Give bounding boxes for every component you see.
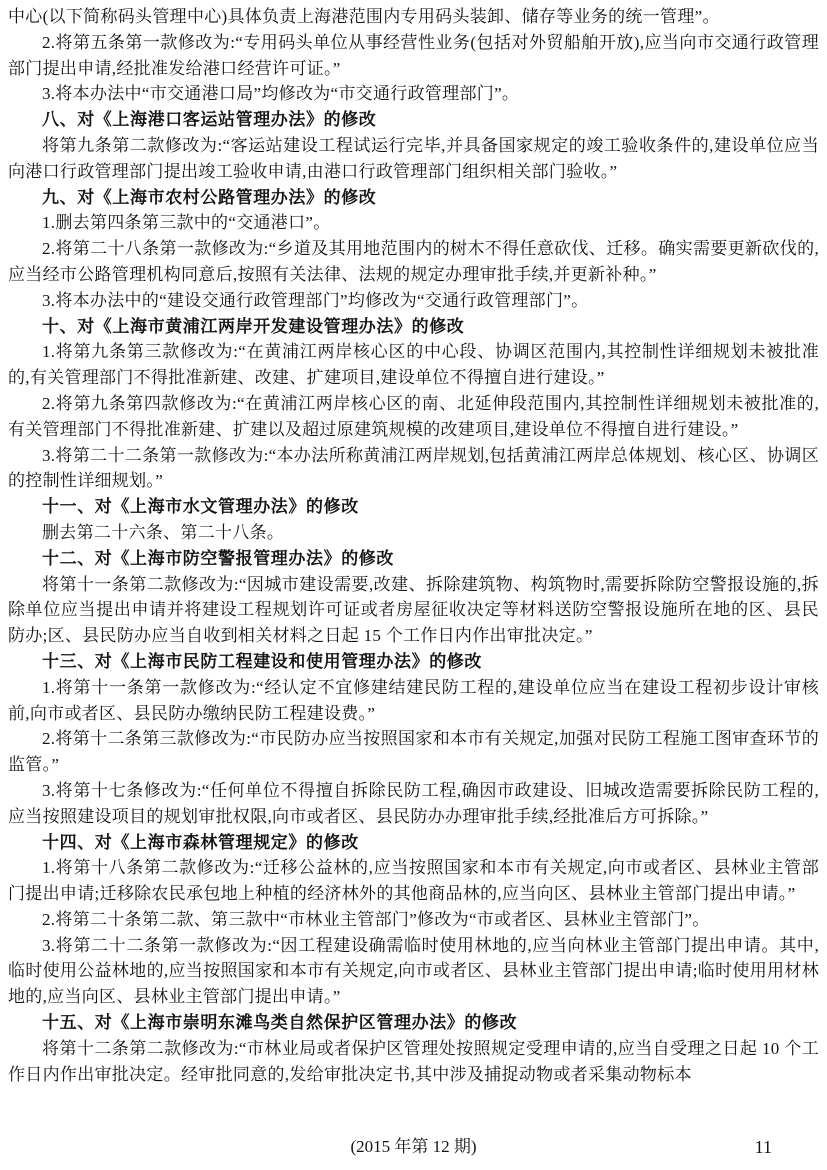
paragraph: 1.删去第四条第三款中的“交通港口”。: [8, 210, 819, 236]
paragraph: 3.将第二十二条第一款修改为:“因工程建设确需临时使用林地的,应当向林业主管部门…: [8, 933, 819, 1010]
section-heading: 十一、对《上海市水文管理办法》的修改: [8, 494, 819, 520]
footer-page-number: 11: [755, 1134, 772, 1160]
section-heading: 十五、对《上海市崇明东滩鸟类自然保护区管理办法》的修改: [8, 1010, 819, 1036]
section-heading: 十二、对《上海市防空警报管理办法》的修改: [8, 546, 819, 572]
paragraph: 将第十二条第二款修改为:“市林业局或者保护区管理处按照规定受理申请的,应当自受理…: [8, 1036, 819, 1088]
paragraph: 将第十一条第二款修改为:“因城市建设需要,改建、拆除建筑物、构筑物时,需要拆除防…: [8, 572, 819, 649]
paragraph: 删去第二十六条、第二十八条。: [8, 520, 819, 546]
paragraph: 3.将第十七条修改为:“任何单位不得擅自拆除民防工程,确因市政建设、旧城改造需要…: [8, 778, 819, 830]
paragraph: 1.将第九条第三款修改为:“在黄浦江两岸核心区的中心段、协调区范围内,其控制性详…: [8, 339, 819, 391]
paragraph: 2.将第九条第四款修改为:“在黄浦江两岸核心区的南、北延伸段范围内,其控制性详细…: [8, 391, 819, 443]
paragraph: 1.将第十八条第二款修改为:“迁移公益林的,应当按照国家和本市有关规定,向市或者…: [8, 855, 819, 907]
paragraph: 2.将第五条第一款修改为:“专用码头单位从事经营性业务(包括对外贸船舶开放),应…: [8, 30, 819, 82]
page-footer: (2015 年第 12 期) 11: [0, 1134, 827, 1160]
paragraph: 将第九条第二款修改为:“客运站建设工程试运行完毕,并具备国家规定的竣工验收条件的…: [8, 133, 819, 185]
paragraph: 3.将本办法中“市交通港口局”均修改为“市交通行政管理部门”。: [8, 81, 819, 107]
section-heading: 十四、对《上海市森林管理规定》的修改: [8, 830, 819, 856]
paragraph: 2.将第十二条第三款修改为:“市民防办应当按照国家和本市有关规定,加强对民防工程…: [8, 726, 819, 778]
section-heading: 九、对《上海市农村公路管理办法》的修改: [8, 185, 819, 211]
paragraph: 中心(以下简称码头管理中心)具体负责上海港范围内专用码头装卸、储存等业务的统一管…: [8, 4, 819, 30]
paragraph: 3.将本办法中的“建设交通行政管理部门”均修改为“交通行政管理部门”。: [8, 288, 819, 314]
paragraph: 2.将第二十八条第一款修改为:“乡道及其用地范围内的树木不得任意砍伐、迁移。确实…: [8, 236, 819, 288]
section-heading: 十、对《上海市黄浦江两岸开发建设管理办法》的修改: [8, 314, 819, 340]
paragraph: 2.将第二十条第二款、第三款中“市林业主管部门”修改为“市或者区、县林业主管部门…: [8, 907, 819, 933]
paragraph: 1.将第十一条第一款修改为:“经认定不宜修建结建民防工程的,建设单位应当在建设工…: [8, 675, 819, 727]
paragraph: 3.将第二十二条第一款修改为:“本办法所称黄浦江两岸规划,包括黄浦江两岸总体规划…: [8, 443, 819, 495]
document-page: 中心(以下简称码头管理中心)具体负责上海港范围内专用码头装卸、储存等业务的统一管…: [0, 0, 827, 1170]
footer-issue: (2015 年第 12 期): [350, 1134, 476, 1160]
section-heading: 八、对《上海港口客运站管理办法》的修改: [8, 107, 819, 133]
section-heading: 十三、对《上海市民防工程建设和使用管理办法》的修改: [8, 649, 819, 675]
